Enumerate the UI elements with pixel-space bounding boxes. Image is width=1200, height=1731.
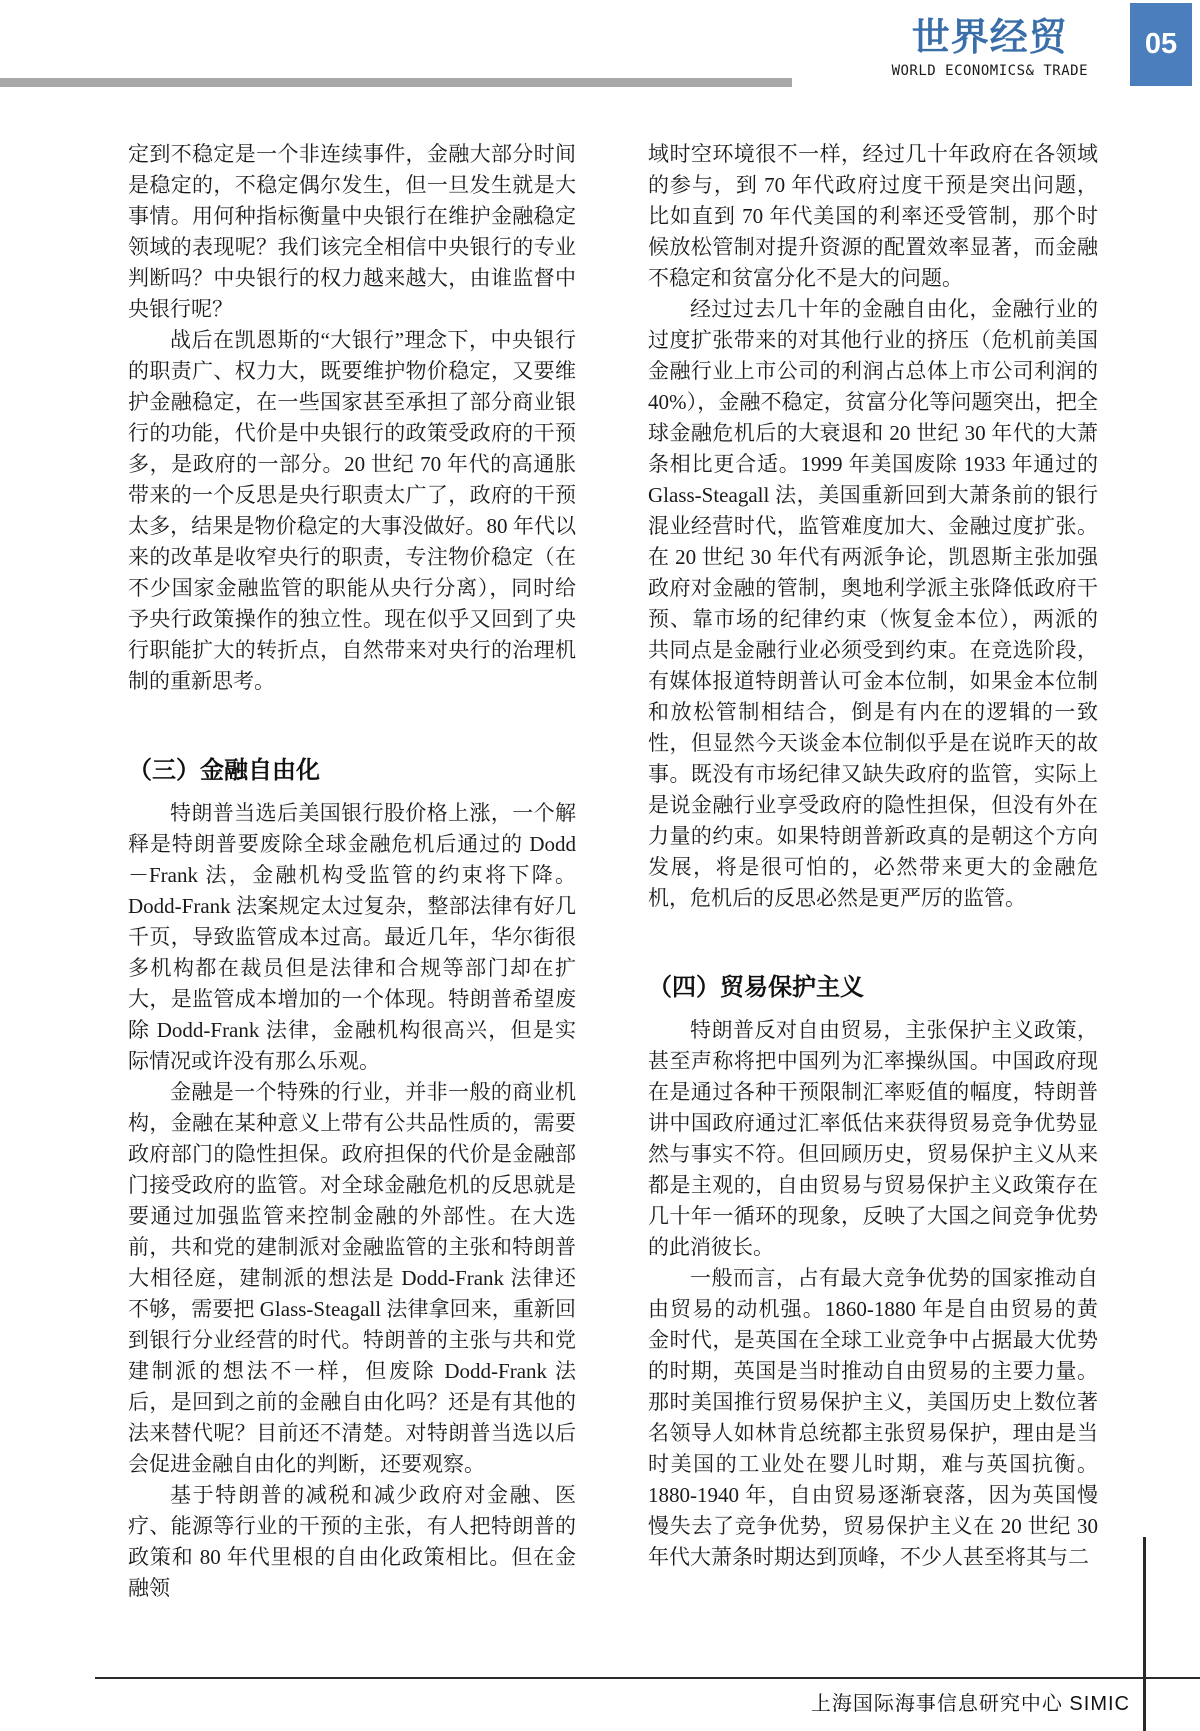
header-rule: [0, 78, 792, 87]
body-paragraph: 战后在凯恩斯的“大银行”理念下，中央银行的职责广、权力大，既要维护物价稳定，又要…: [128, 325, 576, 697]
section-heading-financial-liberalization: （三）金融自由化: [128, 754, 576, 788]
magazine-page: 世界经贸 WORLD ECONOMICS& TRADE 05 定到不稳定是一个非…: [0, 0, 1200, 1731]
section-heading-trade-protectionism: （四）贸易保护主义: [648, 971, 1098, 1005]
section-title-english: WORLD ECONOMICS& TRADE: [892, 62, 1088, 80]
section-title-chinese: 世界经贸: [892, 16, 1088, 60]
footer-vertical-rule: [1143, 1537, 1146, 1731]
right-column: 域时空环境很不一样，经过几十年政府在各领域的参与，到 70 年代政府过度干预是突…: [648, 139, 1098, 1573]
footer-rule: [95, 1677, 1200, 1679]
left-column: 定到不稳定是一个非连续事件，金融大部分时间是稳定的，不稳定偶尔发生，但一旦发生就…: [128, 139, 576, 1604]
body-paragraph: 域时空环境很不一样，经过几十年政府在各领域的参与，到 70 年代政府过度干预是突…: [648, 139, 1098, 294]
body-paragraph: 特朗普当选后美国银行股价格上涨，一个解释是特朗普要废除全球金融危机后通过的 Do…: [128, 798, 576, 1077]
body-paragraph: 金融是一个特殊的行业，并非一般的商业机构，金融在某种意义上带有公共品性质的，需要…: [128, 1077, 576, 1480]
body-paragraph: 基于特朗普的减税和减少政府对金融、医疗、能源等行业的干预的主张，有人把特朗普的政…: [128, 1480, 576, 1604]
publisher-name: 上海国际海事信息研究中心 SIMIC: [811, 1687, 1130, 1716]
section-title-block: 世界经贸 WORLD ECONOMICS& TRADE: [892, 16, 1088, 80]
body-paragraph: 定到不稳定是一个非连续事件，金融大部分时间是稳定的，不稳定偶尔发生，但一旦发生就…: [128, 139, 576, 325]
body-paragraph: 一般而言，占有最大竞争优势的国家推动自由贸易的动机强。1860-1880 年是自…: [648, 1263, 1098, 1573]
body-paragraph: 特朗普反对自由贸易，主张保护主义政策，甚至声称将把中国列为汇率操纵国。中国政府现…: [648, 1015, 1098, 1263]
body-paragraph: 经过过去几十年的金融自由化，金融行业的过度扩张带来的对其他行业的挤压（危机前美国…: [648, 294, 1098, 914]
page-number-badge: 05: [1130, 3, 1192, 86]
